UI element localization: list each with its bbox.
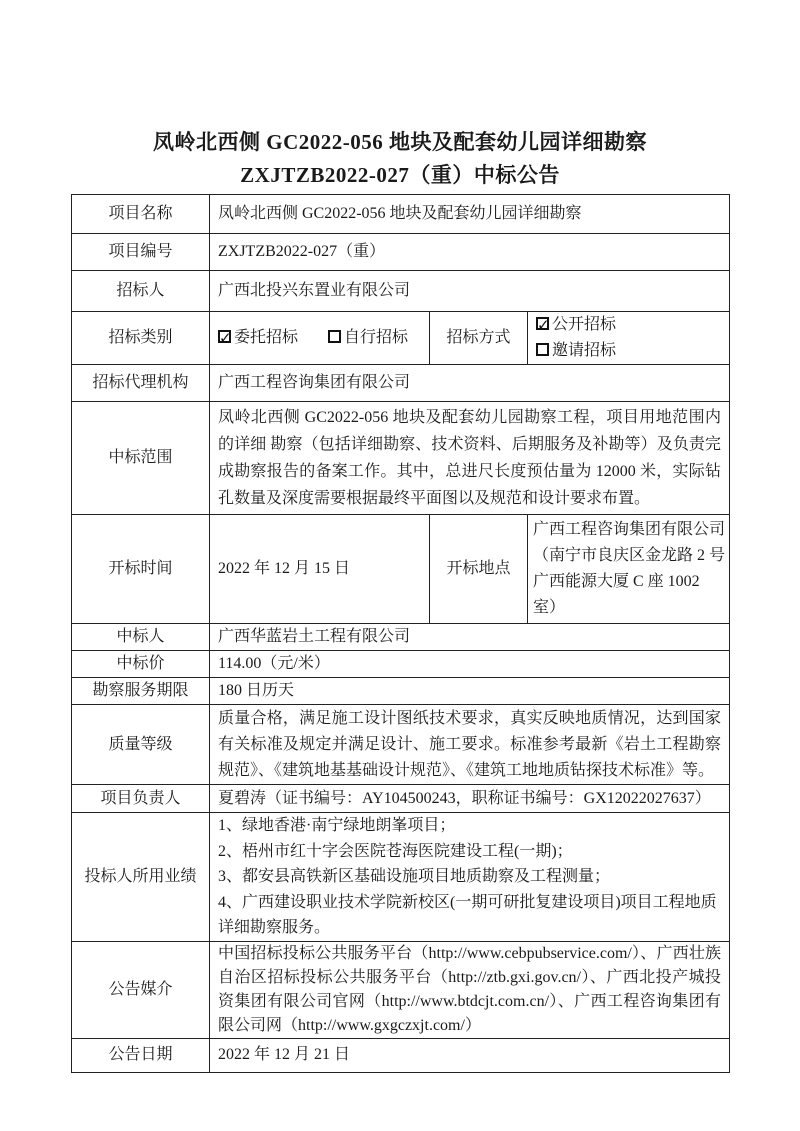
tenderer-label: 招标人: [72, 271, 210, 312]
checked-checkbox-icon: [536, 317, 549, 330]
tender-method-label: 招标方式: [430, 312, 528, 365]
scope-label: 中标范围: [72, 402, 210, 515]
achievement-item: 2、梧州市红十字会医院苍海医院建设工程(一期)；: [218, 839, 721, 865]
checkbox-label: 邀请招标: [552, 342, 616, 359]
table-row: 中标人 广西华蓝岩土工程有限公司: [72, 624, 730, 651]
unchecked-checkbox-icon: [328, 330, 341, 343]
table-row-tender-category: 招标类别 委托招标自行招标 招标方式 公开招标邀请招标: [72, 312, 730, 365]
achievement-item: 1、绿地香港·南宁绿地朗峯项目；: [218, 813, 721, 839]
duration-label: 勘察服务期限: [72, 678, 210, 705]
table-row: 公告媒介 中国招标投标公共服务平台（http://www.cebpubservi…: [72, 941, 730, 1038]
quality-value: 质量合格，满足施工设计图纸技术要求，真实反映地质情况，达到国家有关标准及规定并满…: [210, 705, 730, 785]
price-value: 114.00（元/米）: [210, 651, 730, 678]
table-row: 项目负责人 夏碧涛（证书编号：AY104500243，职称证书编号：GX1202…: [72, 785, 730, 813]
project-number-value: ZXJTZB2022-027（重）: [210, 234, 730, 271]
checkbox-label: 委托招标: [234, 329, 298, 346]
page-title-line-2: ZXJTZB2022-027（重）中标公告: [0, 159, 800, 192]
opening-place-label: 开标地点: [430, 515, 528, 624]
tender-category-label: 招标类别: [72, 312, 210, 365]
unchecked-checkbox-icon: [536, 343, 549, 356]
agency-label: 招标代理机构: [72, 365, 210, 402]
table-row: 中标价 114.00（元/米）: [72, 651, 730, 678]
achievement-item: 3、都安县高铁新区基础设施项目地质勘察及工程测量；: [218, 864, 721, 890]
date-value: 2022 年 12 月 21 日: [210, 1038, 730, 1072]
table-row: 公告日期 2022 年 12 月 21 日: [72, 1038, 730, 1072]
achievement-item: 4、广西建设职业技术学院新校区(一期可研批复建设项目)项目工程地质详细勘察服务。: [218, 890, 721, 941]
table-row-opening: 开标时间 2022 年 12 月 15 日 开标地点 广西工程咨询集团有限公司（…: [72, 515, 730, 624]
checkbox-option-invited: 邀请招标: [536, 342, 616, 359]
table-row-achievements: 投标人所用业绩 1、绿地香港·南宁绿地朗峯项目； 2、梧州市红十字会医院苍海医院…: [72, 813, 730, 942]
table-row: 招标代理机构 广西工程咨询集团有限公司: [72, 365, 730, 402]
tenderer-value: 广西北投兴东置业有限公司: [210, 271, 730, 312]
table-row: 招标人 广西北投兴东置业有限公司: [72, 271, 730, 312]
winner-label: 中标人: [72, 624, 210, 651]
checked-checkbox-icon: [218, 330, 231, 343]
media-label: 公告媒介: [72, 941, 210, 1038]
project-name-value: 凤岭北西侧 GC2022-056 地块及配套幼儿园详细勘察: [210, 195, 730, 234]
table-row: 质量等级 质量合格，满足施工设计图纸技术要求，真实反映地质情况，达到国家有关标准…: [72, 705, 730, 785]
achievements-list: 1、绿地香港·南宁绿地朗峯项目； 2、梧州市红十字会医院苍海医院建设工程(一期)…: [210, 813, 730, 942]
price-label: 中标价: [72, 651, 210, 678]
tender-method-options: 公开招标邀请招标: [528, 312, 730, 365]
project-name-label: 项目名称: [72, 195, 210, 234]
document-page: 凤岭北西侧 GC2022-056 地块及配套幼儿园详细勘察 ZXJTZB2022…: [0, 0, 800, 1073]
checkbox-label: 公开招标: [552, 316, 616, 333]
media-value: 中国招标投标公共服务平台（http://www.cebpubservice.co…: [210, 941, 730, 1038]
checkbox-option-self: 自行招标: [328, 329, 408, 346]
project-number-label: 项目编号: [72, 234, 210, 271]
manager-value: 夏碧涛（证书编号：AY104500243，职称证书编号：GX1202202763…: [210, 785, 730, 813]
manager-label: 项目负责人: [72, 785, 210, 813]
checkbox-option-entrusted: 委托招标: [218, 329, 298, 346]
announcement-table: 项目名称 凤岭北西侧 GC2022-056 地块及配套幼儿园详细勘察 项目编号 …: [71, 194, 730, 1073]
tender-category-options: 委托招标自行招标: [210, 312, 430, 365]
page-title-line-1: 凤岭北西侧 GC2022-056 地块及配套幼儿园详细勘察: [0, 126, 800, 159]
opening-place-value: 广西工程咨询集团有限公司（南宁市良庆区金龙路 2 号广西能源大厦 C 座 100…: [528, 515, 730, 624]
table-row: 项目编号 ZXJTZB2022-027（重）: [72, 234, 730, 271]
table-row: 中标范围 凤岭北西侧 GC2022-056 地块及配套幼儿园勘察工程，项目用地范…: [72, 402, 730, 515]
table-row: 勘察服务期限 180 日历天: [72, 678, 730, 705]
agency-value: 广西工程咨询集团有限公司: [210, 365, 730, 402]
date-label: 公告日期: [72, 1038, 210, 1072]
quality-label: 质量等级: [72, 705, 210, 785]
checkbox-label: 自行招标: [344, 329, 408, 346]
checkbox-option-open: 公开招标: [536, 316, 616, 333]
achievements-label: 投标人所用业绩: [72, 813, 210, 942]
table-row: 项目名称 凤岭北西侧 GC2022-056 地块及配套幼儿园详细勘察: [72, 195, 730, 234]
scope-value: 凤岭北西侧 GC2022-056 地块及配套幼儿园勘察工程，项目用地范围内的详细…: [210, 402, 730, 515]
opening-time-value: 2022 年 12 月 15 日: [210, 515, 430, 624]
opening-time-label: 开标时间: [72, 515, 210, 624]
winner-value: 广西华蓝岩土工程有限公司: [210, 624, 730, 651]
duration-value: 180 日历天: [210, 678, 730, 705]
